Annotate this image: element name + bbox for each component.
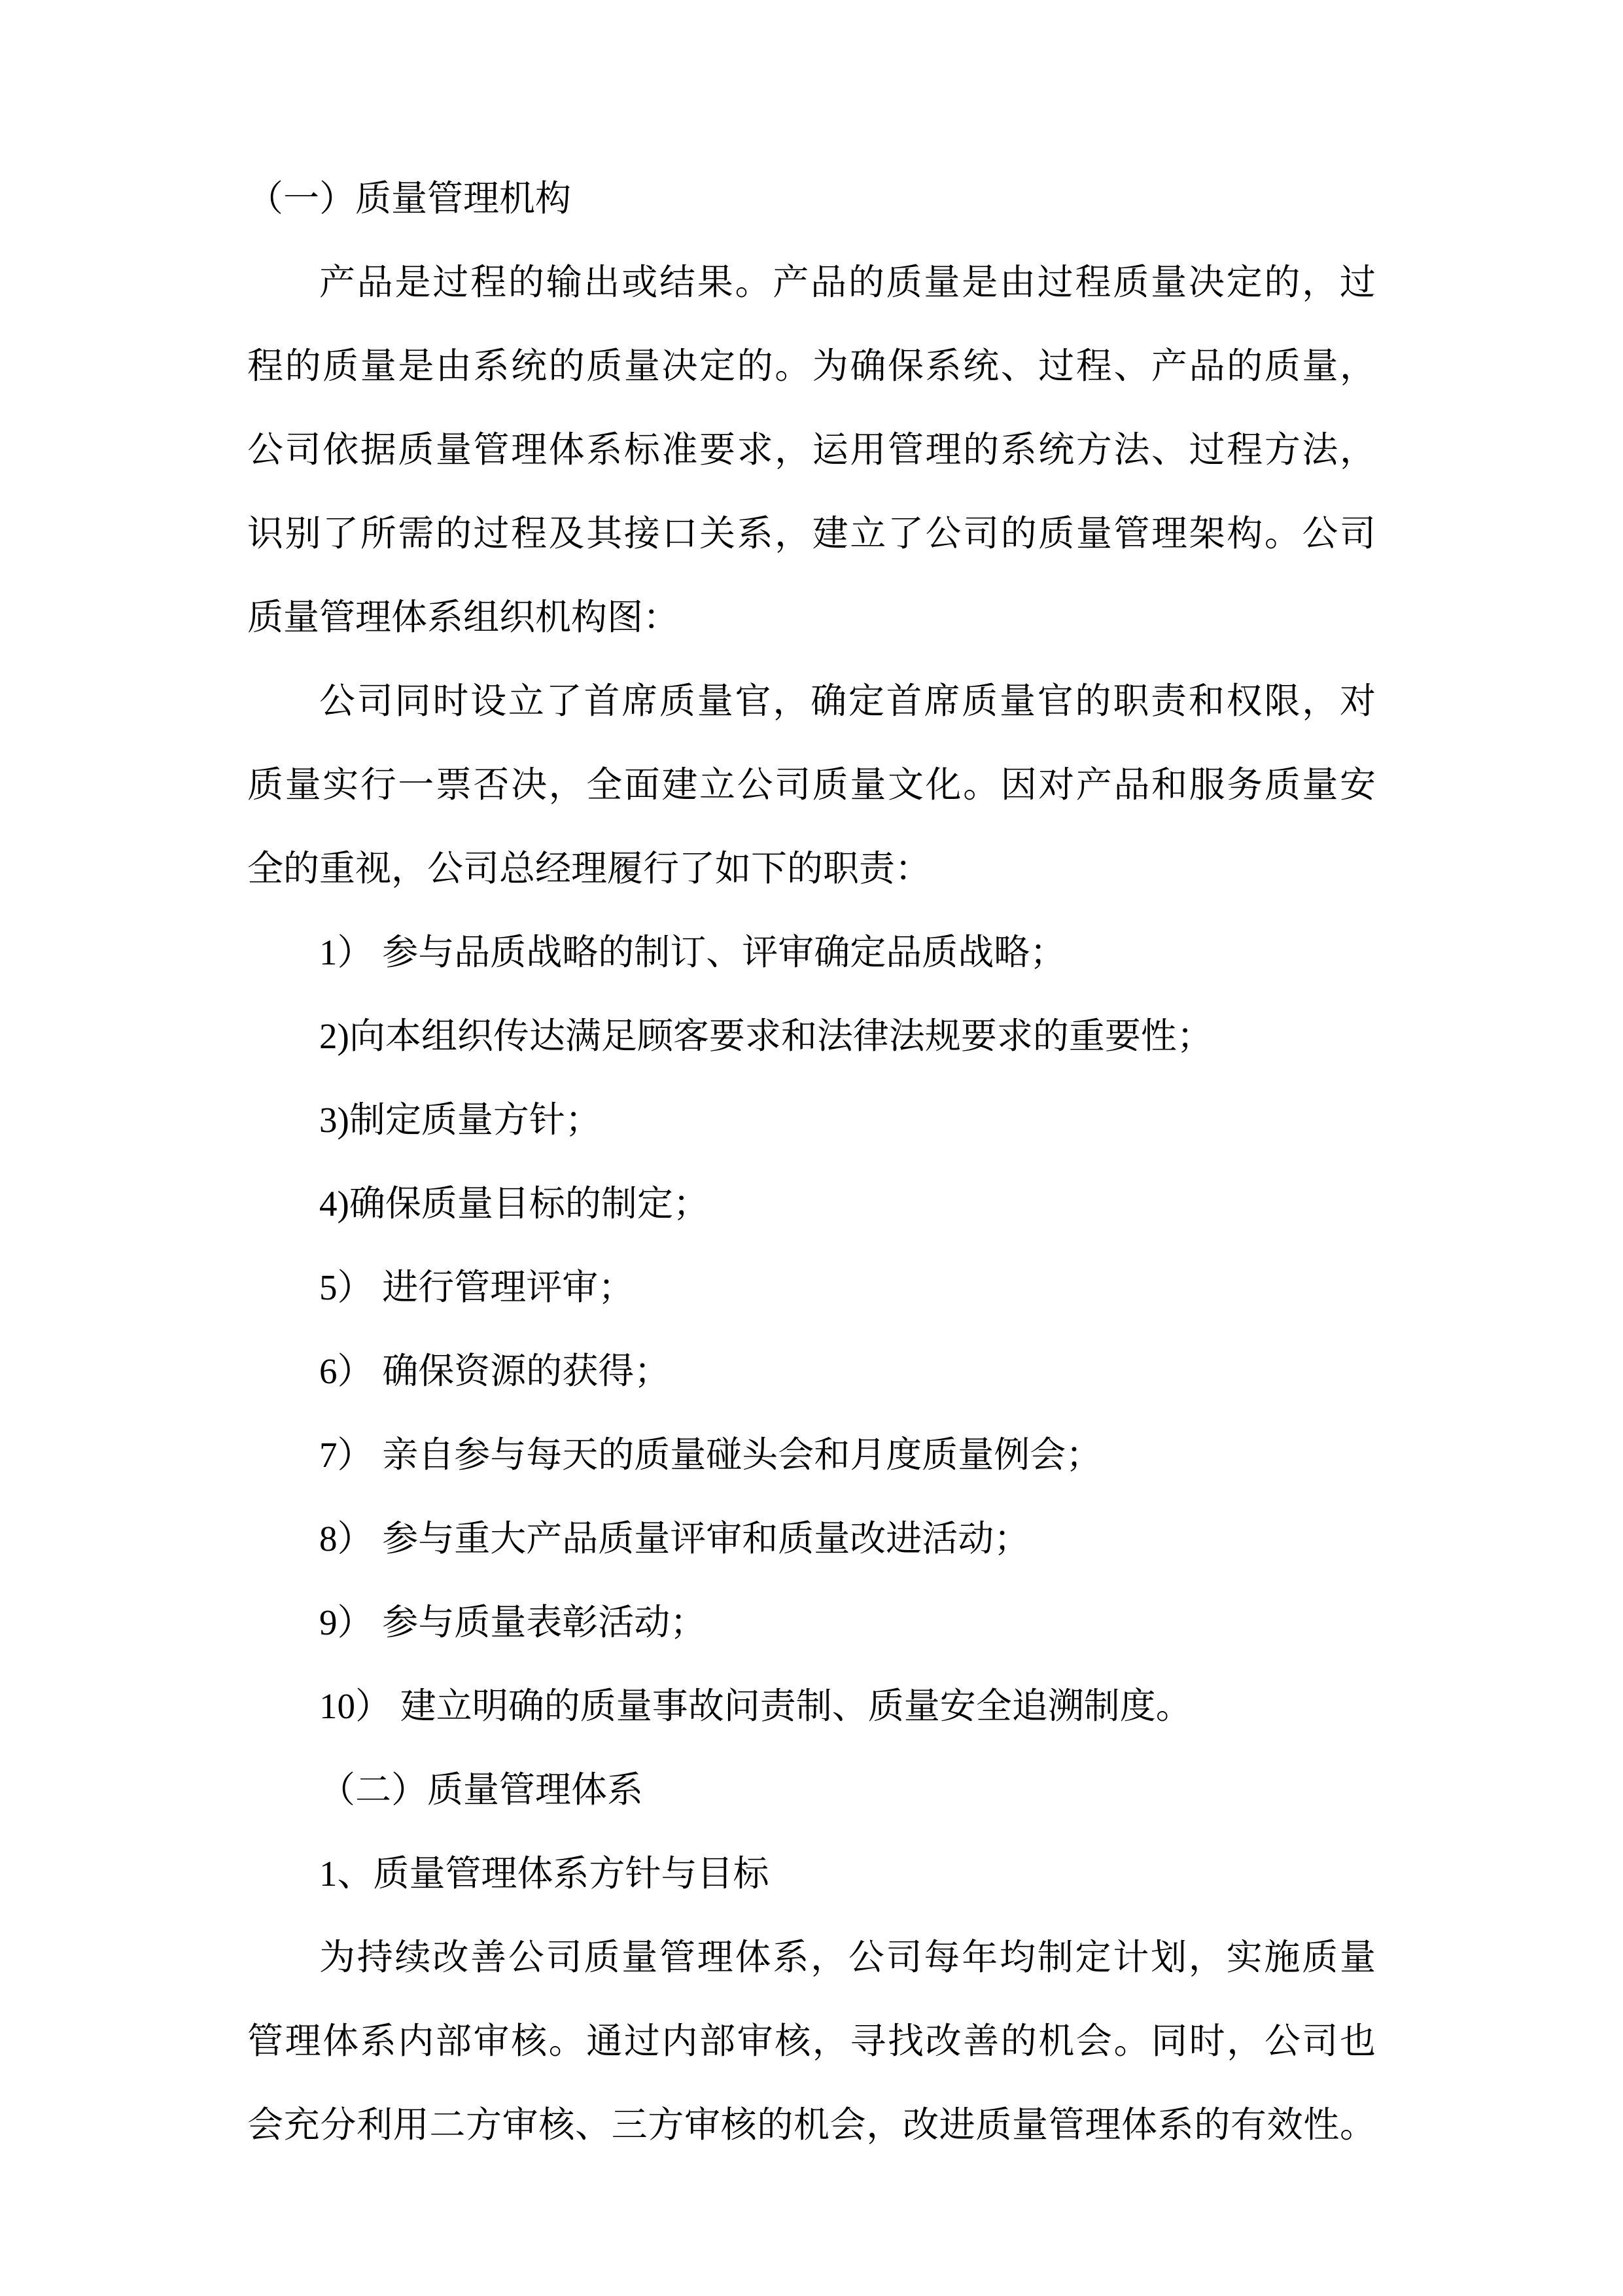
- document-page: （一）质量管理机构产品是过程的输出或结果。产品的质量是由过程质量决定的，过程的质…: [0, 0, 1623, 2296]
- text-line: （一）质量管理机构: [247, 157, 1376, 241]
- text-line: 9） 参与质量表彰活动；: [247, 1581, 1376, 1665]
- text-line: 1） 参与品质战略的制订、评审确定品质战略；: [247, 911, 1376, 995]
- text-line: 1、质量管理体系方针与目标: [247, 1832, 1376, 1916]
- document-body: （一）质量管理机构产品是过程的输出或结果。产品的质量是由过程质量决定的，过程的质…: [247, 157, 1376, 2167]
- text-line: 管理体系内部审核。通过内部审核，寻找改善的机会。同时，公司也: [247, 2000, 1376, 2083]
- text-line: 全的重视，公司总经理履行了如下的职责：: [247, 827, 1376, 911]
- text-line: 公司同时设立了首席质量官，确定首席质量官的职责和权限，对: [247, 660, 1376, 743]
- text-line: 产品是过程的输出或结果。产品的质量是由过程质量决定的，过: [247, 241, 1376, 325]
- text-line: 8） 参与重大产品质量评审和质量改进活动；: [247, 1497, 1376, 1581]
- text-line: 2)向本组织传达满足顾客要求和法律法规要求的重要性；: [247, 995, 1376, 1078]
- text-line: 质量实行一票否决，全面建立公司质量文化。因对产品和服务质量安: [247, 743, 1376, 827]
- text-line: 3)制定质量方针；: [247, 1078, 1376, 1162]
- text-line: 公司依据质量管理体系标准要求，运用管理的系统方法、过程方法，: [247, 408, 1376, 492]
- text-line: （二）质量管理体系: [247, 1748, 1376, 1832]
- text-line: 识别了所需的过程及其接口关系，建立了公司的质量管理架构。公司: [247, 492, 1376, 576]
- text-line: 10） 建立明确的质量事故问责制、质量安全追溯制度。: [247, 1665, 1376, 1748]
- text-line: 质量管理体系组织机构图：: [247, 576, 1376, 660]
- text-line: 5） 进行管理评审；: [247, 1246, 1376, 1330]
- text-line: 会充分利用二方审核、三方审核的机会，改进质量管理体系的有效性。: [247, 2083, 1376, 2167]
- text-line: 4)确保质量目标的制定；: [247, 1162, 1376, 1246]
- text-line: 6） 确保资源的获得；: [247, 1330, 1376, 1413]
- text-line: 程的质量是由系统的质量决定的。为确保系统、过程、产品的质量，: [247, 325, 1376, 408]
- text-line: 为持续改善公司质量管理体系，公司每年均制定计划，实施质量: [247, 1916, 1376, 2000]
- text-line: 7） 亲自参与每天的质量碰头会和月度质量例会；: [247, 1413, 1376, 1497]
